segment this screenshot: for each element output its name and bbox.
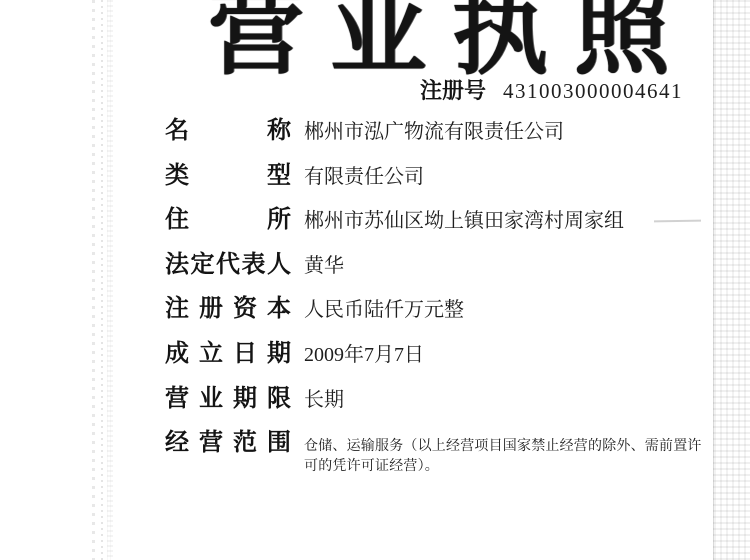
field-label: 注册资本 — [165, 294, 291, 324]
field-value: 仓储、运输服务（以上经营项目国家禁止经营的除外、需前置许可的凭许可证经营）。 — [304, 437, 710, 477]
field-value: 有限责任公司 — [304, 163, 424, 191]
field-label: 类型 — [165, 161, 291, 191]
field-label: 经营范围 — [165, 428, 291, 458]
field-value: 人民币陆仟万元整 — [304, 296, 464, 324]
field-row-registered-capital: 注册资本 人民币陆仟万元整 — [165, 294, 710, 339]
field-row-business-scope: 经营范围 仓储、运输服务（以上经营项目国家禁止经营的除外、需前置许可的凭许可证经… — [165, 428, 710, 477]
field-value: 长期 — [304, 386, 344, 414]
registration-number-row: 注册号 431003000004641 — [420, 74, 683, 105]
registration-number-value: 431003000004641 — [503, 79, 683, 104]
left-scan-noise-line — [92, 0, 95, 560]
field-row-business-term: 营业期限 长期 — [165, 384, 710, 429]
field-label: 法定代表人 — [165, 250, 291, 280]
field-value: 2009年7月7日 — [304, 341, 424, 369]
right-decorative-border — [713, 0, 750, 560]
field-label: 成立日期 — [165, 339, 291, 369]
field-value: 郴州市苏仙区坳上镇田家湾村周家组 — [304, 207, 624, 235]
field-label: 名称 — [165, 116, 291, 146]
left-scan-noise-band — [107, 0, 113, 560]
left-scan-noise-line — [101, 0, 103, 560]
license-fields: 名称 郴州市泓广物流有限责任公司 类型 有限责任公司 住所 郴州市苏仙区坳上镇田… — [165, 116, 710, 477]
field-row-legal-representative: 法定代表人 黄华 — [165, 250, 710, 295]
field-row-address: 住所 郴州市苏仙区坳上镇田家湾村周家组 — [165, 205, 710, 250]
field-label: 住所 — [165, 205, 291, 235]
field-row-establishment-date: 成立日期 2009年7月7日 — [165, 339, 710, 384]
business-license-document: 营业执照 注册号 431003000004641 名称 郴州市泓广物流有限责任公… — [0, 0, 750, 560]
field-label: 营业期限 — [165, 384, 291, 414]
field-row-name: 名称 郴州市泓广物流有限责任公司 — [165, 116, 710, 161]
registration-number-label: 注册号 — [420, 74, 486, 105]
field-value: 郴州市泓广物流有限责任公司 — [304, 118, 564, 146]
field-row-type: 类型 有限责任公司 — [165, 161, 710, 206]
field-value: 黄华 — [304, 252, 344, 280]
